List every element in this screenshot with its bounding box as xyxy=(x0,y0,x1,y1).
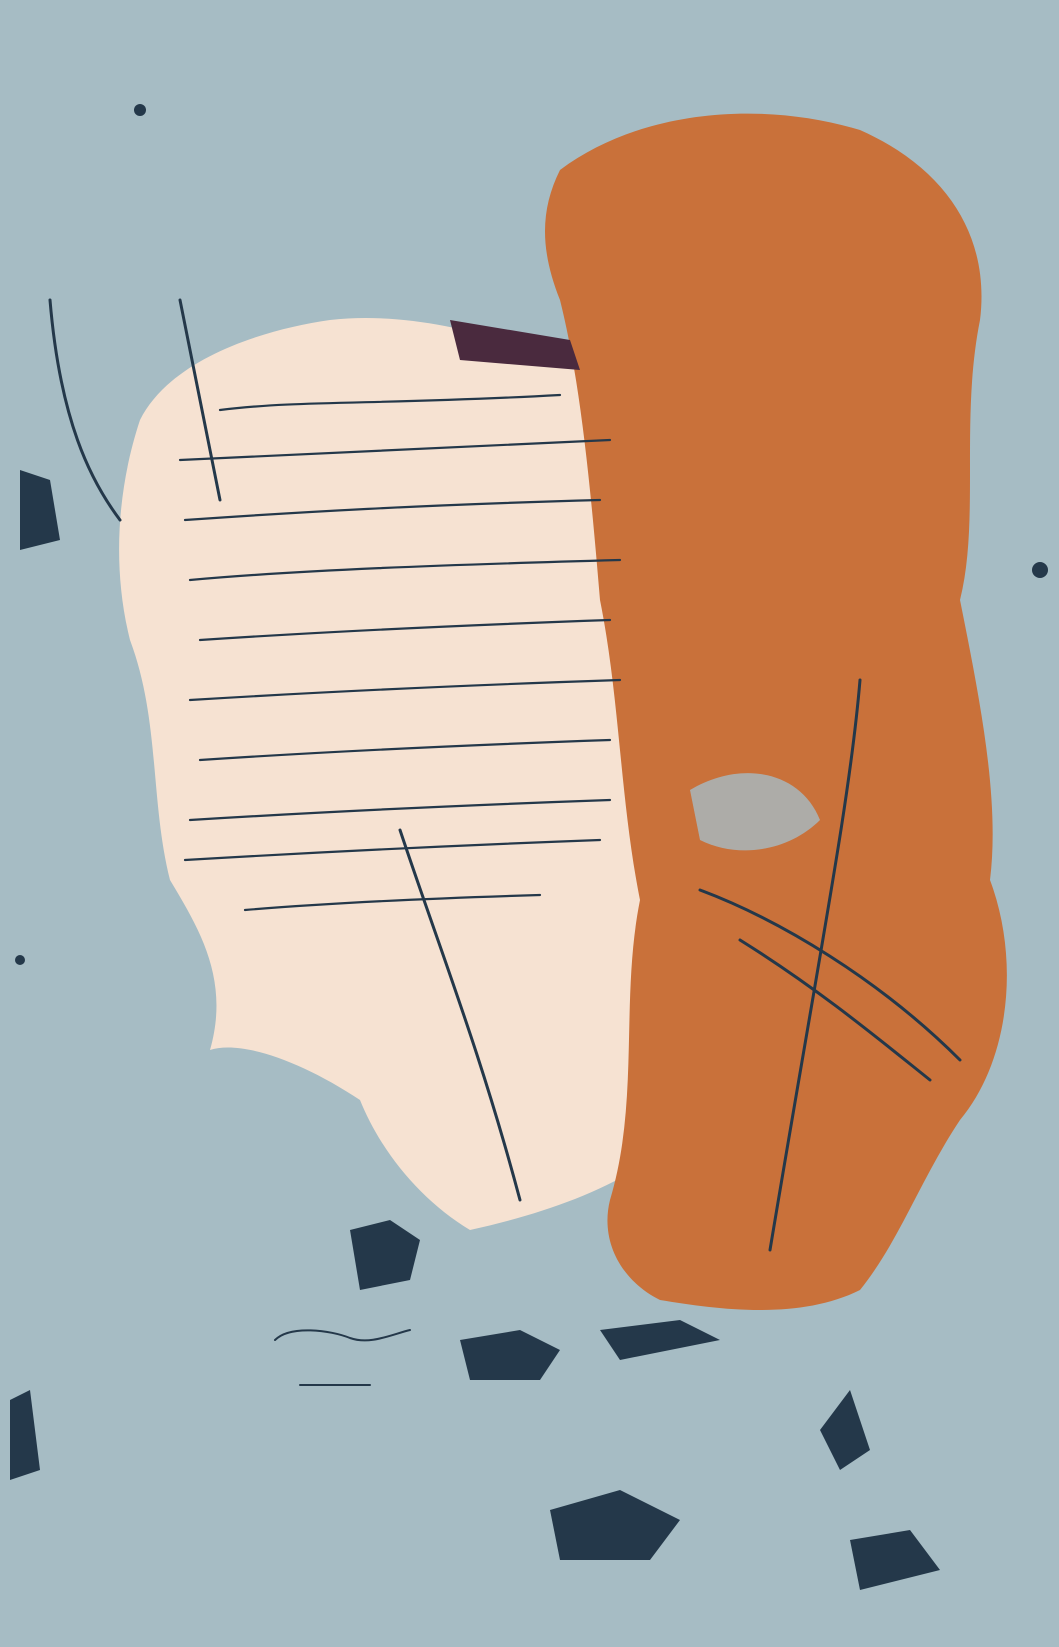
painting-canvas xyxy=(0,0,1059,1647)
abstract-painting xyxy=(0,0,1059,1647)
signature xyxy=(275,1330,410,1385)
